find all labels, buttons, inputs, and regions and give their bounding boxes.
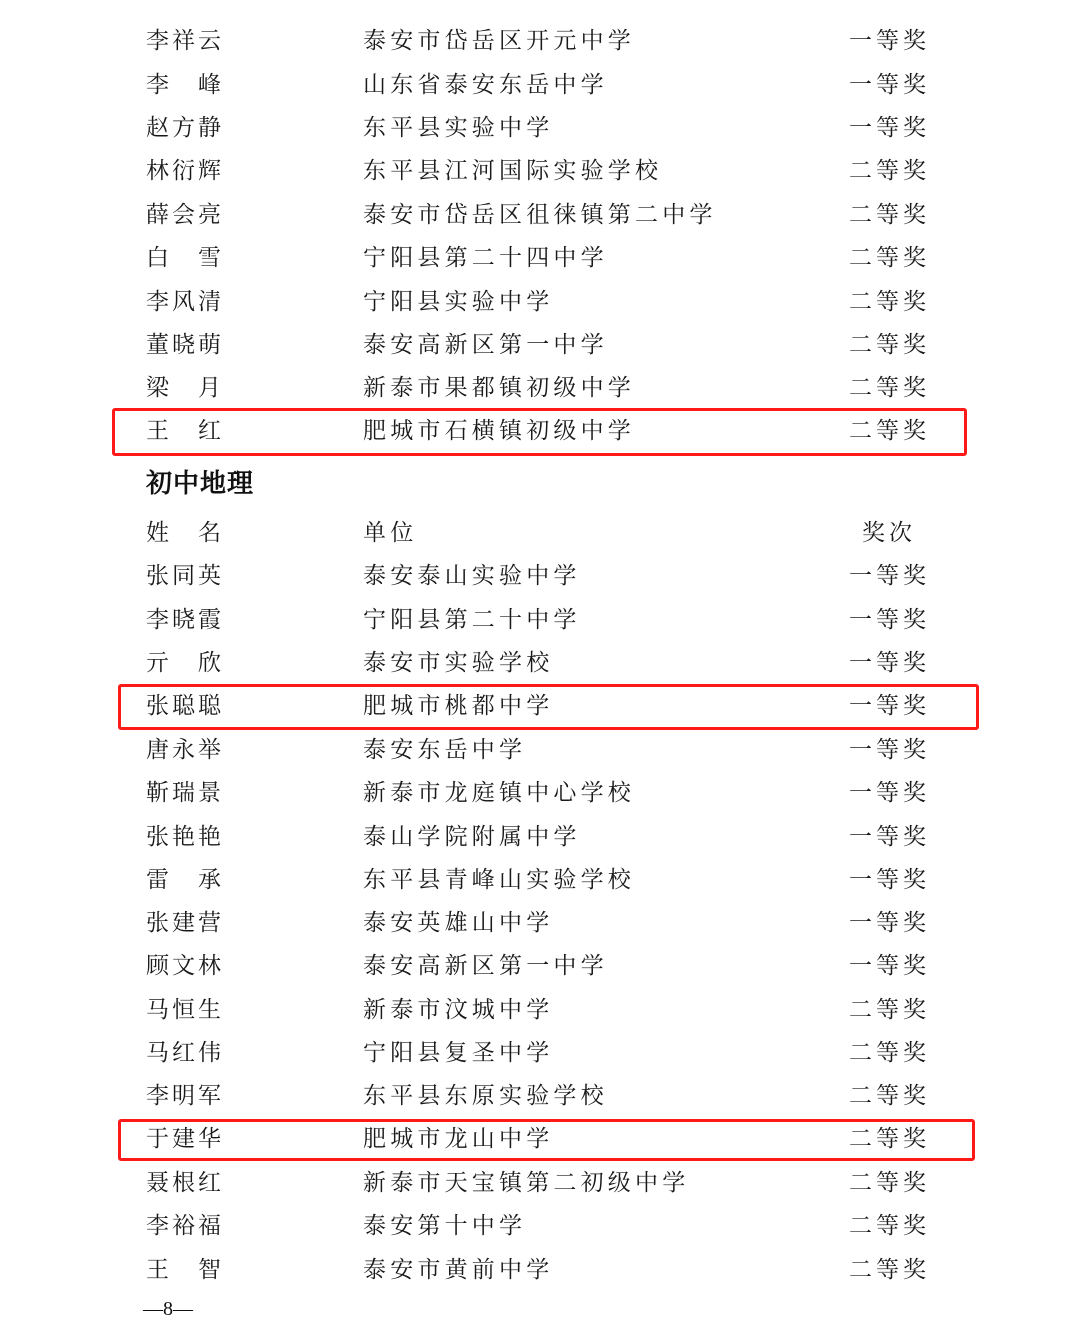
list-item-highlighted: 王 红 肥城市石横镇初级中学 二等奖 (0, 410, 1080, 453)
school-unit: 泰安泰山实验中学 (363, 555, 581, 598)
award-level: 一等奖 (849, 64, 930, 107)
school-unit: 泰安英雄山中学 (363, 902, 553, 945)
list-item: 聂根红 新泰市天宝镇第二初级中学 二等奖 (0, 1162, 1080, 1205)
list-item: 马恒生 新泰市汶城中学 二等奖 (0, 989, 1080, 1032)
award-level: 二等奖 (849, 367, 930, 410)
award-level: 一等奖 (849, 772, 930, 815)
person-name: 林衍辉 (146, 150, 224, 193)
award-level: 二等奖 (849, 1118, 930, 1161)
person-name: 马红伟 (146, 1032, 224, 1075)
list-item: 薛会亮 泰安市岱岳区徂徕镇第二中学 二等奖 (0, 194, 1080, 237)
school-unit: 新泰市果都镇初级中学 (363, 367, 635, 410)
document-page: 李祥云 泰安市岱岳区开元中学 一等奖 李 峰 山东省泰安东岳中学 一等奖 赵方静… (0, 0, 1080, 1331)
award-level: 一等奖 (849, 945, 930, 988)
person-name: 王 红 (146, 410, 224, 453)
list-item: 李 峰 山东省泰安东岳中学 一等奖 (0, 64, 1080, 107)
person-name: 李晓霞 (146, 599, 224, 642)
page-number: —8— (143, 1295, 193, 1323)
list-item: 李晓霞 宁阳县第二十中学 一等奖 (0, 599, 1080, 642)
award-level: 二等奖 (849, 237, 930, 280)
school-unit: 山东省泰安东岳中学 (363, 64, 608, 107)
school-unit: 肥城市龙山中学 (363, 1118, 553, 1161)
person-name: 雷 承 (146, 859, 224, 902)
school-unit: 新泰市汶城中学 (363, 989, 553, 1032)
person-name: 靳瑞景 (146, 772, 224, 815)
person-name: 于建华 (146, 1118, 224, 1161)
school-unit: 泰安第十中学 (363, 1205, 526, 1248)
award-level: 一等奖 (849, 859, 930, 902)
award-level: 一等奖 (849, 20, 930, 63)
list-item: 李风清 宁阳县实验中学 二等奖 (0, 281, 1080, 324)
school-unit: 泰山学院附属中学 (363, 816, 581, 859)
award-level: 一等奖 (849, 107, 930, 150)
award-level: 一等奖 (849, 685, 930, 728)
person-name: 聂根红 (146, 1162, 224, 1205)
award-level: 二等奖 (849, 150, 930, 193)
person-name: 梁 月 (146, 367, 224, 410)
person-name: 张聪聪 (146, 685, 224, 728)
list-item-highlighted: 于建华 肥城市龙山中学 二等奖 (0, 1118, 1080, 1161)
award-level: 一等奖 (849, 599, 930, 642)
award-level: 一等奖 (849, 555, 930, 598)
award-level: 二等奖 (849, 324, 930, 367)
award-level: 一等奖 (849, 729, 930, 772)
person-name: 董晓萌 (146, 324, 224, 367)
award-level: 二等奖 (849, 989, 930, 1032)
list-item: 张艳艳 泰山学院附属中学 一等奖 (0, 816, 1080, 859)
person-name: 李 峰 (146, 64, 224, 107)
person-name: 李祥云 (146, 20, 224, 63)
person-name: 亓 欣 (146, 642, 224, 685)
person-name: 张建营 (146, 902, 224, 945)
school-unit: 宁阳县第二十中学 (363, 599, 581, 642)
school-unit: 宁阳县第二十四中学 (363, 237, 608, 280)
school-unit: 东平县江河国际实验学校 (363, 150, 662, 193)
list-item: 梁 月 新泰市果都镇初级中学 二等奖 (0, 367, 1080, 410)
list-item: 顾文林 泰安高新区第一中学 一等奖 (0, 945, 1080, 988)
award-level: 二等奖 (849, 1032, 930, 1075)
school-unit: 东平县东原实验学校 (363, 1075, 608, 1118)
school-unit: 肥城市石横镇初级中学 (363, 410, 635, 453)
person-name: 李风清 (146, 281, 224, 324)
person-name: 张艳艳 (146, 816, 224, 859)
header-award: 奖次 (862, 512, 916, 555)
person-name: 王 智 (146, 1249, 224, 1292)
header-name: 姓 名 (146, 512, 224, 555)
person-name: 白 雪 (146, 237, 224, 280)
list-item: 马红伟 宁阳县复圣中学 二等奖 (0, 1032, 1080, 1075)
school-unit: 宁阳县实验中学 (363, 281, 553, 324)
list-item: 董晓萌 泰安高新区第一中学 二等奖 (0, 324, 1080, 367)
person-name: 赵方静 (146, 107, 224, 150)
table-header: 姓 名 单位 奖次 (0, 512, 1080, 555)
school-unit: 泰安市实验学校 (363, 642, 553, 685)
list-item: 白 雪 宁阳县第二十四中学 二等奖 (0, 237, 1080, 280)
list-item: 李明军 东平县东原实验学校 二等奖 (0, 1075, 1080, 1118)
person-name: 马恒生 (146, 989, 224, 1032)
person-name: 李明军 (146, 1075, 224, 1118)
school-unit: 泰安高新区第一中学 (363, 324, 608, 367)
award-level: 二等奖 (849, 194, 930, 237)
list-item: 唐永举 泰安东岳中学 一等奖 (0, 729, 1080, 772)
award-level: 二等奖 (849, 410, 930, 453)
list-item-highlighted: 张聪聪 肥城市桃都中学 一等奖 (0, 685, 1080, 728)
award-level: 一等奖 (849, 816, 930, 859)
award-level: 一等奖 (849, 642, 930, 685)
school-unit: 泰安高新区第一中学 (363, 945, 608, 988)
list-item: 张同英 泰安泰山实验中学 一等奖 (0, 555, 1080, 598)
list-item: 王 智 泰安市黄前中学 二等奖 (0, 1249, 1080, 1292)
list-item: 亓 欣 泰安市实验学校 一等奖 (0, 642, 1080, 685)
school-unit: 肥城市桃都中学 (363, 685, 553, 728)
school-unit: 泰安市岱岳区徂徕镇第二中学 (363, 194, 717, 237)
list-item: 雷 承 东平县青峰山实验学校 一等奖 (0, 859, 1080, 902)
person-name: 薛会亮 (146, 194, 224, 237)
section-title: 初中地理 (146, 462, 254, 506)
award-level: 二等奖 (849, 1075, 930, 1118)
list-item: 赵方静 东平县实验中学 一等奖 (0, 107, 1080, 150)
header-unit: 单位 (363, 512, 417, 555)
person-name: 李裕福 (146, 1205, 224, 1248)
list-item: 靳瑞景 新泰市龙庭镇中心学校 一等奖 (0, 772, 1080, 815)
list-item: 林衍辉 东平县江河国际实验学校 二等奖 (0, 150, 1080, 193)
award-level: 二等奖 (849, 1205, 930, 1248)
award-level: 二等奖 (849, 281, 930, 324)
school-unit: 新泰市天宝镇第二初级中学 (363, 1162, 689, 1205)
school-unit: 泰安东岳中学 (363, 729, 526, 772)
school-unit: 泰安市黄前中学 (363, 1249, 553, 1292)
person-name: 张同英 (146, 555, 224, 598)
person-name: 唐永举 (146, 729, 224, 772)
person-name: 顾文林 (146, 945, 224, 988)
school-unit: 新泰市龙庭镇中心学校 (363, 772, 635, 815)
school-unit: 泰安市岱岳区开元中学 (363, 20, 635, 63)
school-unit: 东平县实验中学 (363, 107, 553, 150)
award-level: 一等奖 (849, 902, 930, 945)
list-item: 李裕福 泰安第十中学 二等奖 (0, 1205, 1080, 1248)
list-item: 李祥云 泰安市岱岳区开元中学 一等奖 (0, 20, 1080, 63)
award-level: 二等奖 (849, 1249, 930, 1292)
school-unit: 宁阳县复圣中学 (363, 1032, 553, 1075)
school-unit: 东平县青峰山实验学校 (363, 859, 635, 902)
award-level: 二等奖 (849, 1162, 930, 1205)
list-item: 张建营 泰安英雄山中学 一等奖 (0, 902, 1080, 945)
